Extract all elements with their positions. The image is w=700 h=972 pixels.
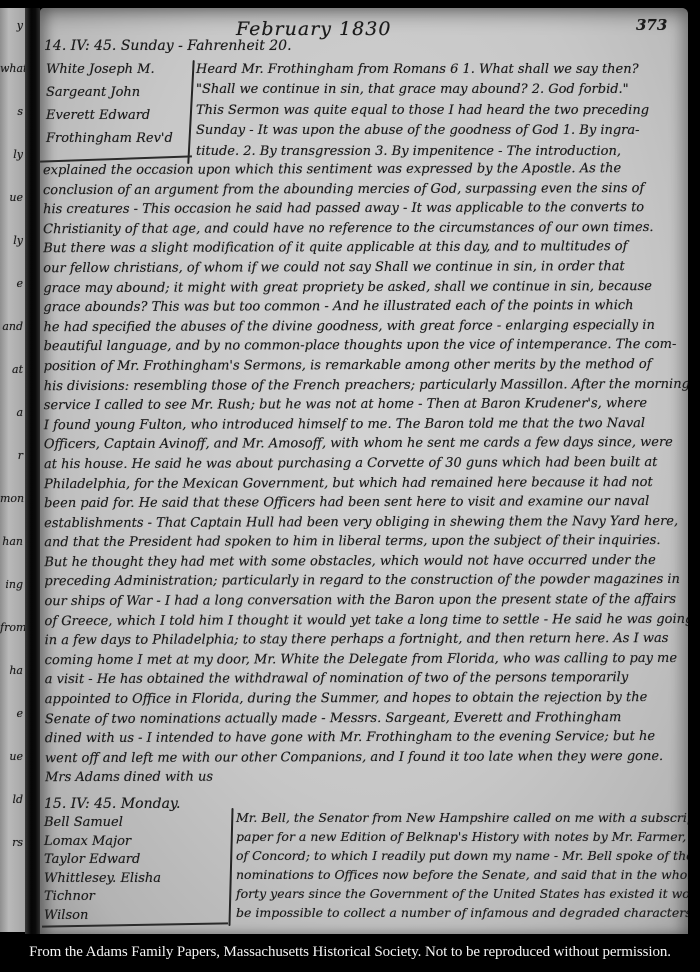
diary-page: February 1830 373 14. IV: 45. Sunday - F… — [40, 8, 688, 934]
manuscript-text-line: Christianity of that age, and could have… — [43, 218, 692, 240]
margin-name: Tichnor — [44, 888, 161, 907]
manuscript-text-line: our ships of War - I had a long conversa… — [44, 590, 693, 612]
manuscript-scan: ywhatslyuelyeandatarmonhaningfromhaeueld… — [0, 0, 700, 972]
manuscript-text-line: I found young Fulton, who introduced him… — [44, 414, 693, 436]
manuscript-text-line: coming home I met at my door, Mr. White … — [45, 649, 694, 671]
manuscript-text-line: beautiful language, and by no common-pla… — [44, 335, 693, 357]
margin-name: Whittlesey. Elisha — [44, 870, 161, 889]
facing-page-text-fragment: at — [0, 350, 25, 393]
facing-page-edge: ywhatslyuelyeandatarmonhaningfromhaeueld… — [0, 6, 25, 932]
manuscript-text-line: preceding Administration; particularly i… — [44, 570, 693, 592]
manuscript-text-line: establishments - That Captain Hull had b… — [44, 512, 693, 534]
margin-name: Frothingham Rev'd — [46, 127, 173, 150]
facing-page-text-fragment: a — [0, 393, 25, 436]
manuscript-text-line: This Sermon was quite equal to those I h… — [196, 101, 649, 121]
manuscript-text-line: of Greece, which I told him I thought it… — [44, 610, 693, 632]
manuscript-text-line: explained the occasion upon which this s… — [43, 159, 692, 181]
manuscript-text-line: been paid for. He said that these Office… — [44, 492, 693, 514]
facing-page-text-fragment: rs — [0, 823, 25, 866]
manuscript-text-line: Mr. Bell, the Senator from New Hampshire… — [236, 808, 700, 827]
facing-page-text-fragment: ue — [0, 178, 25, 221]
facing-page-text-fragment: ing — [0, 565, 25, 608]
manuscript-text-line: But there was a slight modification of i… — [43, 237, 692, 259]
manuscript-text-line: paper for a new Edition of Belknap's His… — [236, 827, 700, 846]
margin-name: Lomax Major — [44, 833, 161, 852]
facing-page-text-fragment: y — [0, 6, 25, 49]
manuscript-text-line: at his house. He said he was about purch… — [44, 453, 693, 475]
margin-name: Wilson — [44, 907, 161, 926]
page-number: 373 — [636, 16, 667, 34]
entry1-body-text: explained the occasion upon which this s… — [43, 159, 694, 788]
facing-page-text-fragment: ly — [0, 135, 25, 178]
manuscript-text-line: of Concord; to which I readily put down … — [236, 846, 700, 865]
manuscript-text-line: a visit - He has obtained the withdrawal… — [45, 668, 694, 690]
manuscript-text-line: and that the President had spoken to him… — [44, 531, 693, 553]
facing-page-text-fragment: ha — [0, 651, 25, 694]
month-header: February 1830 — [236, 18, 391, 40]
facing-page-text-fragment: ue — [0, 737, 25, 780]
margin-name: Everett Edward — [46, 104, 173, 127]
entry1-margin-divider-line — [187, 60, 194, 164]
facing-page-text-fragment: mon — [0, 479, 25, 522]
scan-top-border — [0, 0, 700, 8]
entry1-heading: 14. IV: 45. Sunday - Fahrenheit 20. — [44, 38, 292, 54]
manuscript-text-line: Officers, Captain Avinoff, and Mr. Amoso… — [44, 433, 693, 455]
entry2-heading: 15. IV: 45. Monday. — [44, 796, 180, 812]
facing-page-text-fragment: r — [0, 436, 25, 479]
manuscript-text-line: be impossible to collect a number of inf… — [236, 903, 700, 922]
manuscript-text-line: our fellow christians, of whom if we cou… — [43, 257, 692, 279]
facing-page-text-fragment: e — [0, 694, 25, 737]
manuscript-text-line: dined with us - I intended to have gone … — [45, 727, 694, 749]
manuscript-text-line: Heard Mr. Frothingham from Romans 6 1. W… — [196, 60, 649, 80]
margin-name: Bell Samuel — [44, 814, 161, 833]
manuscript-text-line: went off and left me with our other Comp… — [45, 747, 694, 769]
manuscript-text-line: grace abounds? This was but too common -… — [43, 296, 692, 318]
entry2-margin-divider-line — [228, 808, 233, 926]
manuscript-text-line: in a few days to Philadelphia; to stay t… — [45, 629, 694, 651]
manuscript-text-line: his creatures - This occasion he said ha… — [43, 198, 692, 220]
facing-page-text-fragment: han — [0, 522, 25, 565]
manuscript-text-line: he had specified the abuses of the divin… — [43, 316, 692, 338]
entry1-opening-text: Heard Mr. Frothingham from Romans 6 1. W… — [196, 60, 649, 162]
facing-page-text-fragment: s — [0, 92, 25, 135]
book-binding-gutter — [25, 0, 40, 938]
manuscript-text-line: his divisions: resembling those of the F… — [44, 374, 693, 396]
manuscript-text-line: grace may abound; it might with great pr… — [43, 276, 692, 298]
manuscript-text-line: nominations to Offices now before the Se… — [236, 865, 700, 884]
archive-caption: From the Adams Family Papers, Massachuse… — [0, 944, 700, 961]
entry2-body-text: Mr. Bell, the Senator from New Hampshire… — [236, 808, 700, 922]
manuscript-text-line: forty years since the Government of the … — [236, 884, 700, 903]
facing-page-text-fragment: e — [0, 264, 25, 307]
facing-page-text-fragment: and — [0, 307, 25, 350]
margin-name: Taylor Edward — [44, 851, 161, 870]
manuscript-text-line: appointed to Office in Florida, during t… — [45, 688, 694, 710]
margin-name: Sargeant John — [46, 81, 173, 104]
facing-page-text-fragment: ly — [0, 221, 25, 264]
manuscript-text-line: service I called to see Mr. Rush; but he… — [44, 394, 693, 416]
manuscript-text-line: conclusion of an argument from the aboun… — [43, 178, 692, 200]
manuscript-text-line: Mrs Adams dined with us — [45, 766, 694, 788]
margin-name: White Joseph M. — [46, 58, 173, 81]
manuscript-text-line: Senate of two nominations actually made … — [45, 707, 694, 729]
facing-page-text-fragment: what — [0, 49, 25, 92]
manuscript-text-line: But he thought they had met with some ob… — [44, 551, 693, 573]
manuscript-text-line: position of Mr. Frothingham's Sermons, i… — [44, 355, 693, 377]
manuscript-text-line: Philadelphia, for the Mexican Government… — [44, 472, 693, 494]
manuscript-text-line: "Shall we continue in sin, that grace ma… — [196, 80, 649, 100]
scan-right-border — [688, 0, 700, 972]
manuscript-text-line: Sunday - It was upon the abuse of the go… — [196, 121, 649, 141]
entry2-margin-names: Bell SamuelLomax MajorTaylor EdwardWhitt… — [44, 814, 161, 925]
facing-page-text-fragment: ld — [0, 780, 25, 823]
entry1-margin-names: White Joseph M.Sargeant JohnEverett Edwa… — [46, 58, 173, 150]
facing-page-text-fragment: from — [0, 608, 25, 651]
